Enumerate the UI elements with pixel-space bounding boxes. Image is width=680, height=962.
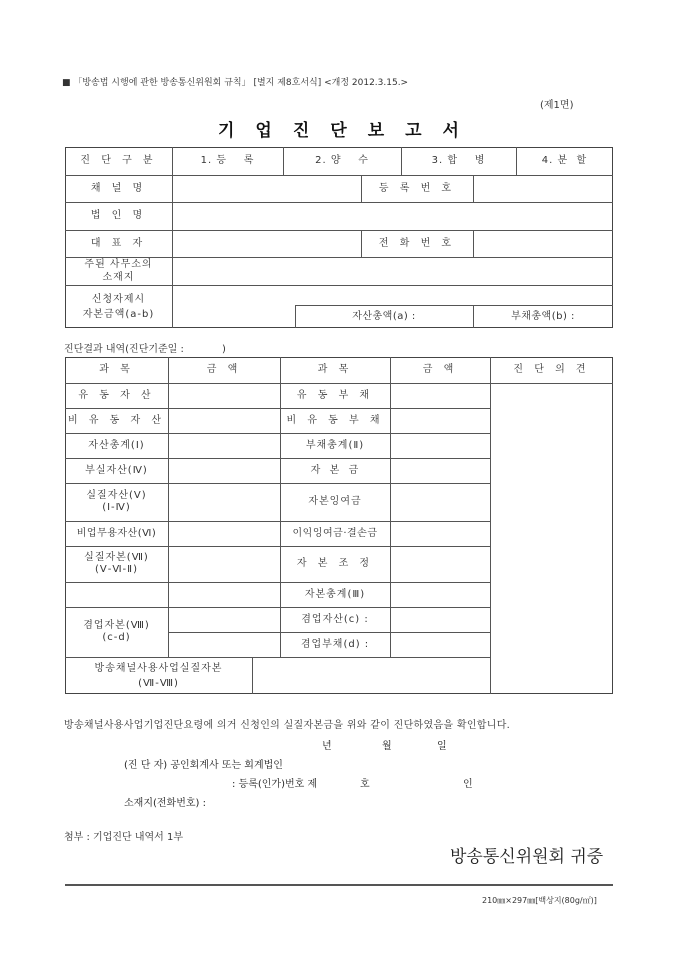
subject-total-assets: 자산총계(Ⅰ) [65, 433, 168, 458]
amount-real-assets[interactable] [168, 483, 280, 521]
diagnosis-opinion-field[interactable] [490, 383, 613, 694]
registration-line: : 등록(인가)번호 제 [232, 775, 317, 790]
amount-real-capital[interactable] [168, 546, 280, 582]
office-address-label-line1: 주된 사무소의 [84, 258, 152, 271]
attachment-note: 첨부 : 기업진단 내역서 1부 [64, 828, 183, 843]
recipient: 방송통신위원회 귀중 [450, 842, 603, 867]
subject-real-capital: 실질자본(Ⅶ) (Ⅴ-Ⅵ-Ⅱ) [65, 546, 168, 582]
diag-type-option-register[interactable]: 1. 등 록 [172, 147, 283, 175]
address-line: 소재지(전화번호) : [124, 794, 206, 809]
corporation-name-field[interactable] [172, 202, 613, 230]
subject-concurrent-capital-line1: 겸업자본(Ⅷ) [83, 620, 150, 632]
registration-suffix: 호 [360, 775, 370, 790]
subject-current-assets: 유 동 자 산 [65, 383, 168, 408]
phone-number-label: 전 화 번 호 [361, 230, 473, 257]
subject-broadcast-real-capital: 방송채널사용사업실질자본 (Ⅶ-Ⅷ) [65, 657, 252, 694]
amount-capital-surplus[interactable] [390, 483, 490, 521]
page-label: (제1면) [540, 96, 574, 111]
amount-concurrent-liabilities[interactable] [390, 632, 490, 657]
header-subject-right: 과 목 [280, 357, 390, 383]
total-assets-field[interactable]: 자산총액(a) : [295, 305, 473, 328]
corporation-name-label: 법 인 명 [65, 202, 172, 230]
channel-name-field[interactable] [172, 175, 361, 202]
subject-capital-adjustment: 자 본 조 정 [280, 546, 390, 582]
subject-capital-stock: 자 본 금 [280, 458, 390, 483]
subject-broadcast-real-capital-line2: (Ⅶ-Ⅷ) [138, 676, 179, 691]
amount-total-assets[interactable] [168, 433, 280, 458]
date-day: 일 [437, 737, 447, 752]
subject-real-assets-line1: 실질자산(Ⅴ) [86, 490, 146, 502]
subject-nonbusiness-assets: 비업무용자산(Ⅵ) [65, 521, 168, 546]
amount-current-assets[interactable] [168, 383, 280, 408]
regulation-note: ■ 「방송법 시행에 관한 방송통신위원회 규칙」 [별지 제8호서식] <개정… [62, 75, 408, 88]
amount-concurrent-capital-2[interactable] [168, 632, 280, 657]
amount-bad-assets[interactable] [168, 458, 280, 483]
date-year: 년 [322, 737, 332, 752]
channel-name-label: 채 널 명 [65, 175, 172, 202]
diagnoser-line: (진 단 자) 공인회계사 또는 회계법인 [124, 756, 283, 771]
subject-concurrent-capital-line2: (c-d) [102, 632, 130, 644]
subject-concurrent-liabilities: 겸업부채(d) : [280, 632, 390, 657]
amount-capital-adjustment[interactable] [390, 546, 490, 582]
total-liabilities-field[interactable]: 부채총액(b) : [473, 305, 613, 328]
subject-bad-assets: 부실자산(Ⅳ) [65, 458, 168, 483]
amount-blank[interactable] [168, 582, 280, 607]
registration-number-field[interactable] [473, 175, 613, 202]
subject-concurrent-assets: 겸업자산(c) : [280, 607, 390, 632]
representative-field[interactable] [172, 230, 361, 257]
subject-real-assets: 실질자산(Ⅴ) (Ⅰ-Ⅳ) [65, 483, 168, 521]
stated-capital-label-line2: 자본금액(a-b) [83, 307, 155, 322]
header-subject-left: 과 목 [65, 357, 168, 383]
confirmation-statement: 방송채널사용사업기업진단요령에 의거 신청인의 실질자본금을 위와 같이 진단하… [64, 716, 510, 731]
amount-total-liabilities[interactable] [390, 433, 490, 458]
paper-spec: 210㎜×297㎜[백상지(80g/㎡)] [482, 895, 597, 906]
subject-noncurrent-liabilities: 비 유 동 부 채 [280, 408, 390, 433]
registration-number-label: 등 록 번 호 [361, 175, 473, 202]
amount-capital-stock[interactable] [390, 458, 490, 483]
subject-noncurrent-assets: 비 유 동 자 산 [65, 408, 168, 433]
subject-real-capital-line2: (Ⅴ-Ⅵ-Ⅱ) [95, 564, 138, 576]
seal-mark: 인 [463, 775, 473, 790]
amount-retained-earnings[interactable] [390, 521, 490, 546]
subject-current-liabilities: 유 동 부 채 [280, 383, 390, 408]
subject-retained-earnings: 이익잉여금·결손금 [280, 521, 390, 546]
header-amount-right: 금 액 [390, 357, 490, 383]
subject-real-capital-line1: 실질자본(Ⅶ) [84, 552, 149, 564]
subject-capital-surplus: 자본잉여금 [280, 483, 390, 521]
header-amount-left: 금 액 [168, 357, 280, 383]
subject-real-assets-line2: (Ⅰ-Ⅳ) [102, 502, 131, 514]
stated-capital-label: 신청자제시 자본금액(a-b) [65, 285, 172, 328]
office-address-label: 주된 사무소의 소재지 [65, 257, 172, 285]
amount-broadcast-real-capital[interactable] [252, 657, 490, 694]
diag-type-option-split[interactable]: 4. 분 할 [516, 147, 613, 175]
diag-type-label: 진 단 구 분 [65, 147, 172, 175]
diag-type-option-merger[interactable]: 3. 합 병 [401, 147, 516, 175]
results-caption: 진단결과 내역(진단기준일 : ) [64, 340, 226, 355]
date-month: 월 [382, 737, 392, 752]
office-address-field[interactable] [172, 257, 613, 285]
stated-capital-label-line1: 신청자제시 [92, 292, 145, 307]
amount-nonbusiness-assets[interactable] [168, 521, 280, 546]
page-title: 기업진단보고서 [218, 116, 480, 141]
amount-noncurrent-liabilities[interactable] [390, 408, 490, 433]
footer-divider [65, 884, 613, 886]
subject-broadcast-real-capital-line1: 방송채널사용사업실질자본 [95, 661, 223, 676]
amount-total-capital[interactable] [390, 582, 490, 607]
subject-concurrent-capital: 겸업자본(Ⅷ) (c-d) [65, 607, 168, 657]
amount-noncurrent-assets[interactable] [168, 408, 280, 433]
subject-total-capital: 자본총계(Ⅲ) [280, 582, 390, 607]
representative-label: 대 표 자 [65, 230, 172, 257]
header-opinion: 진 단 의 견 [490, 357, 613, 383]
amount-concurrent-capital-1[interactable] [168, 607, 280, 632]
diag-type-option-transfer[interactable]: 2. 양 수 [283, 147, 401, 175]
office-address-label-line2: 소재지 [103, 271, 135, 284]
subject-total-liabilities: 부채총계(Ⅱ) [280, 433, 390, 458]
subject-blank [65, 582, 168, 607]
amount-concurrent-assets[interactable] [390, 607, 490, 632]
amount-current-liabilities[interactable] [390, 383, 490, 408]
phone-number-field[interactable] [473, 230, 613, 257]
